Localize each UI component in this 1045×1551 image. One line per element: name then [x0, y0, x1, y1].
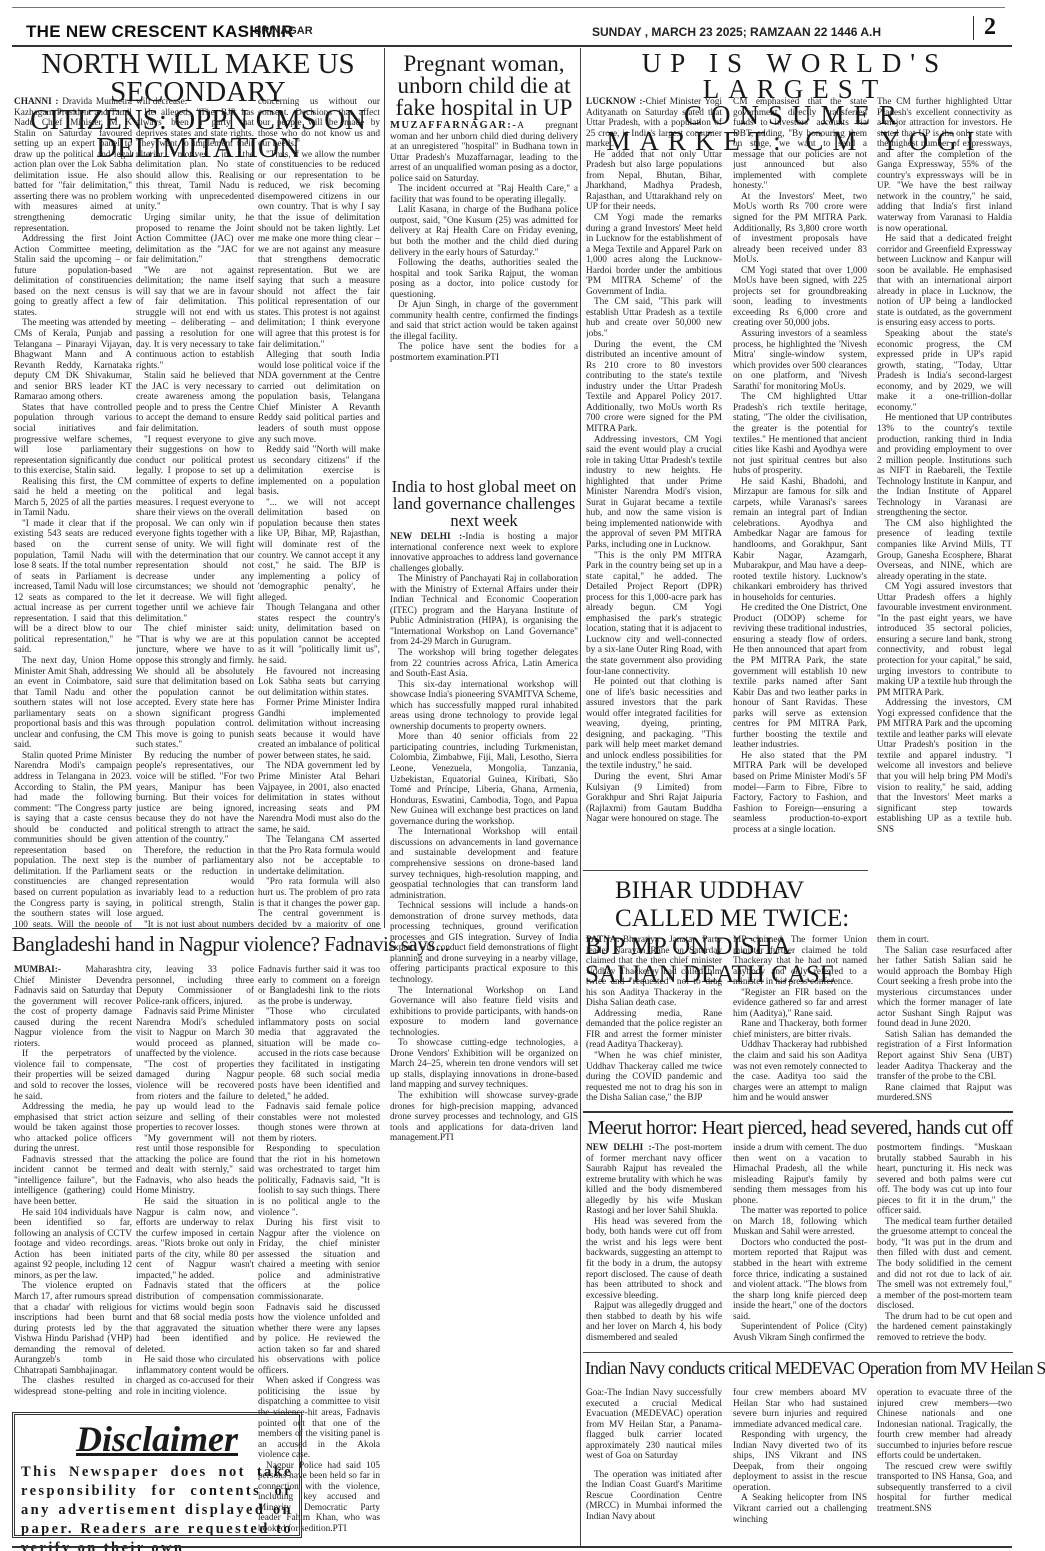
headline-pregnant-woman[interactable]: Pregnant woman, unborn child die at fake…	[388, 53, 580, 119]
paragraph: The clashes resulted in widespread stone…	[14, 1376, 132, 1397]
paragraph: His head was severed from the body, both…	[586, 1217, 722, 1301]
paragraph: Speaking about the state's economic prog…	[877, 329, 1012, 413]
paragraph: The medical team further detailed the gr…	[877, 1217, 1012, 1312]
paragraph: Former Prime Minister Indira Gandhi impl…	[258, 698, 380, 761]
paragraph: He credited the One District, One Produc…	[733, 603, 867, 751]
paragraph: The operation was initiated after the In…	[586, 1470, 722, 1523]
paragraph: Responding to speculation that the riot …	[258, 1144, 380, 1218]
paragraph: Rane and Thackeray, both former chief mi…	[733, 1019, 867, 1040]
paragraph: The International Workshop will entail d…	[390, 827, 578, 901]
paragraph: If the perpetrators of violence fail to …	[14, 1049, 132, 1102]
paragraph: "... we will not accept delimitation bas…	[258, 498, 380, 603]
article-column-2: inside a drum with cement. The duo then …	[733, 1143, 867, 1341]
article-column-1: NEW DELHI :-The post-mortem of former me…	[586, 1143, 722, 1341]
paragraph: Addressing the investors, CM Yogi expres…	[877, 698, 1012, 835]
paragraph: He said Kashi, Bhadohi, and Mirzapur are…	[733, 477, 867, 604]
paragraph: Addressing investors, CM Yogi said the e…	[586, 435, 722, 551]
headline-nagpur-violence[interactable]: Bangladeshi hand in Nagpur violence? Fad…	[12, 932, 384, 956]
paragraph: The chief minister said: "That is why we…	[136, 624, 254, 751]
paragraph: During the event, Shri Amar Kulsiyan (9 …	[586, 772, 722, 825]
paragraph: Stalin said he believed that the JAC is …	[136, 371, 254, 434]
column-divider	[580, 48, 581, 1546]
article-column-1: PATNA:-Bharatiya Janata Party leader Nar…	[586, 935, 722, 1110]
dateline: NEW DELHI :-	[390, 532, 465, 542]
dateline: NEW DELHI :-	[586, 1143, 655, 1153]
paragraph: CM emphasised that the state government …	[733, 97, 867, 192]
paragraph: Superintendent of Police (City) Ayush Vi…	[733, 1322, 867, 1341]
paragraph: Fadnavis further said it was too early t…	[258, 965, 380, 1007]
paragraph: He said that a dedicated freight corrido…	[877, 234, 1012, 329]
paragraph: Maharashtra Chief Minister Devendra Fadn…	[14, 965, 132, 1049]
dateline: MUZAFFARNAGAR:-	[390, 121, 517, 131]
article-column-2: city, leaving 33 police personnel, inclu…	[136, 965, 254, 1397]
paragraph: Lalit Kasana, in charge of the Budhana p…	[390, 205, 578, 258]
paragraph: "Those who circulated inflammatory posts…	[258, 1007, 380, 1102]
paragraph: CM Yogi assured investors that Uttar Pra…	[877, 582, 1012, 698]
masthead-rule	[12, 45, 1012, 47]
paragraph: The violence erupted on March 17, after …	[14, 1281, 132, 1376]
paragraph: "When he was chief minister, Uddhav Thac…	[586, 1051, 722, 1104]
paragraph: "It is not just about numbers – it is ab…	[136, 920, 254, 927]
paragraph: States that have controlled population t…	[14, 403, 132, 477]
paragraph: The matter was reported to police on Mar…	[733, 1206, 867, 1238]
paragraph: Fadnavis stated that the distribution of…	[136, 1281, 254, 1355]
paragraph: At the Investors' Meet, two MoUs worth R…	[733, 192, 867, 266]
article-column-3: them in court. The Salian case resurface…	[877, 935, 1012, 1110]
edition-city: SRINAGAR	[254, 25, 313, 37]
paragraph: Rajput was allegedly drugged and then st…	[586, 1301, 722, 1341]
paragraph: "My government will not rest until those…	[136, 1134, 254, 1197]
paragraph: The rescued crew were swiftly transporte…	[877, 1462, 1012, 1515]
paragraph: Fadnavis said he discussed how the viole…	[258, 1303, 380, 1377]
section-divider	[583, 870, 868, 871]
disclaimer-title: Disclaimer	[21, 1419, 293, 1459]
paragraph: He added that not only Uttar Pradesh but…	[586, 150, 722, 213]
paragraph: CM Yogi made the remarks during a grand …	[586, 213, 722, 297]
paragraph: "I request everyone to give their sugges…	[136, 435, 254, 625]
paragraph: inside a drum with cement. The duo then …	[733, 1143, 867, 1206]
paragraph: He mentioned that UP contributes 13% to …	[877, 413, 1012, 518]
article-column-3: The CM further highlighted Uttar Pradesh…	[877, 97, 1012, 897]
paragraph: Fadnavis said female police constables w…	[258, 1102, 380, 1144]
paragraph: "This is the only PM MITRA Park in the c…	[586, 551, 722, 678]
article-column-2: CM emphasised that the state government …	[733, 97, 867, 869]
paragraph: concerning us without our consent. Decis…	[258, 97, 380, 150]
paragraph: operation to evacuate three of the injur…	[877, 1388, 1012, 1462]
page-number-divider	[973, 16, 974, 40]
dateline: CHANNI :	[14, 97, 59, 107]
paragraph: During his first visit to Nagpur after t…	[258, 1218, 380, 1302]
paragraph: Fadnavis said Prime Minister Narendra Mo…	[136, 1007, 254, 1060]
paragraph: To showcase cutting-edge technologies, a…	[390, 1038, 578, 1091]
paragraph: The Ministry of Panchayati Raj in collab…	[390, 574, 578, 648]
paragraph: The International Workshop on Land Gover…	[390, 986, 578, 1039]
paragraph: Responding with urgency, the Indian Navy…	[733, 1430, 867, 1493]
article-body: MUZAFFARNAGAR:-A pregnant woman and her …	[390, 121, 578, 446]
article-column-1: LUCKNOW :-Chief Minister Yogi Adityanath…	[586, 97, 722, 869]
paragraph: He said those who circulated inflammator…	[136, 1355, 254, 1397]
paragraph: The incident occurred at "Raj Health Car…	[390, 184, 578, 205]
paragraph: By reducing the number of people's repre…	[136, 751, 254, 846]
disclaimer-box: Disclaimer This Newspaper does not take …	[12, 1412, 302, 1538]
paragraph: CM Yogi stated that over 1,000 MoUs have…	[733, 266, 867, 329]
paragraph: Bharatiya Janata Party leader Narayan Ra…	[586, 935, 722, 1008]
article-column-1: CHANNI : Dravida Munnetra Kazhagam Presi…	[14, 97, 132, 927]
column-divider	[384, 48, 385, 928]
paragraph: Dravida Munnetra Kazhagam President and …	[14, 97, 132, 234]
issue-date: SUNDAY , MARCH 23 2025; RAMZAAN 22 1446 …	[592, 25, 881, 39]
paragraph: Following the deaths, authorities sealed…	[390, 258, 578, 300]
paragraph: Fadnavis stressed that the incident cann…	[14, 1155, 132, 1208]
headline-line-1: UP IS WORLD'S LARGEST	[585, 50, 1005, 102]
paragraph: Therefore, the reduction in the number o…	[136, 846, 254, 920]
article-column-3: postmortem findings. "Muskaan brutally s…	[877, 1143, 1012, 1341]
paragraph: Addressing the first Joint Action Commit…	[14, 234, 132, 318]
paragraph: This six-day international workshop will…	[390, 680, 578, 733]
paragraph: The workshop will bring together delegat…	[390, 648, 578, 680]
bottom-rule	[12, 1546, 1012, 1548]
paragraph: The CM highlighted Uttar Pradesh's rich …	[733, 392, 867, 476]
headline-navy-medevac[interactable]: Indian Navy conducts critical MEDEVAC Op…	[585, 1357, 1015, 1379]
paragraph: The Salian case resurfaced after her fat…	[877, 946, 1012, 1030]
paragraph: A Seaking helicopter from INS Vikrant ca…	[733, 1493, 867, 1525]
paragraph: Satish Salian has demanded the registrat…	[877, 1030, 1012, 1083]
paragraph: "I made it clear that if the existing 54…	[14, 519, 132, 656]
paragraph: He said the situation in Nagpur is calm …	[136, 1197, 254, 1281]
paragraph: will decrease.	[136, 97, 254, 108]
paragraph: Assuring investors of a seamless process…	[733, 329, 867, 392]
article-column-3: operation to evacuate three of the injur…	[877, 1388, 1012, 1543]
paragraph: Though Telangana and other states respec…	[258, 603, 380, 666]
paragraph: Realising this first, the CM said he hel…	[14, 477, 132, 519]
paragraph: "Thus, if we allow the number of constit…	[258, 150, 380, 350]
section-divider	[12, 928, 381, 929]
article-column-1: MUMBAI:- Maharashtra Chief Minister Deve…	[14, 965, 132, 1397]
paragraph: The meeting was attended by CMs of Keral…	[14, 318, 132, 402]
paragraph: Uddhav Thackeray had rubbished the claim…	[733, 1040, 867, 1103]
paragraph: He alleged: "The BJP has always been a p…	[136, 108, 254, 213]
paragraph: four crew members aboard MV Heilan Star …	[733, 1388, 867, 1430]
paragraph: Alleging that south India would lose pol…	[258, 350, 380, 445]
paragraph: Rane claimed that Rajput was murdered.SN…	[877, 1083, 1012, 1104]
article-column-2: MP claimed. The former Union minister fu…	[733, 935, 867, 1110]
article-column-2: will decrease. He alleged: "The BJP has …	[136, 97, 254, 927]
paragraph: He also stated that the PM MITRA Park wi…	[733, 751, 867, 835]
dateline: LUCKNOW :-	[586, 97, 646, 107]
paragraph: The CM also highlighted the presence of …	[877, 519, 1012, 582]
dateline: Goa:-	[586, 1388, 607, 1398]
paragraph: city, leaving 33 police personnel, inclu…	[136, 965, 254, 1007]
paragraph: The police have sent the bodies for a po…	[390, 342, 578, 363]
paragraph: He pointed out that clothing is one of l…	[586, 677, 722, 772]
paragraph: "The cost of properties damaged during N…	[136, 1060, 254, 1134]
paragraph: postmortem findings. "Muskaan brutally s…	[877, 1143, 1012, 1217]
section-divider	[583, 1352, 1013, 1353]
paragraph: Addressing the media, he emphasised that…	[14, 1102, 132, 1155]
masthead: THE NEW CRESCENT KASHMIR SRINAGAR SUNDAY…	[12, 12, 1007, 46]
article-body: NEW DELHI :-India is hosting a major int…	[390, 532, 578, 1545]
paragraph: them in court.	[877, 935, 1012, 946]
top-rule	[12, 7, 1005, 8]
paragraph: Doctors who conducted the post-mortem re…	[733, 1238, 867, 1322]
paragraph: The Indian Navy successfully executed a …	[586, 1388, 722, 1461]
dateline: PATNA:-	[586, 935, 623, 945]
paragraph: "We are not against delimitation; the na…	[136, 266, 254, 371]
headline-line-1: BIHAR UDDHAV CALLED ME TWICE:	[585, 877, 875, 933]
paragraph: The Telangana CM asserted that the Pro R…	[258, 835, 380, 877]
section-divider	[583, 1111, 1013, 1113]
page-number: 2	[984, 14, 996, 41]
paragraph: The CM further highlighted Uttar Pradesh…	[877, 97, 1012, 234]
paragraph: "Register an FIR based on the evidence g…	[733, 988, 867, 1020]
article-column-1: Goa:-The Indian Navy successfully execut…	[586, 1388, 722, 1543]
headline-land-governance[interactable]: India to host global meet on land govern…	[388, 478, 580, 529]
paragraph: Dr Ajun Singh, in charge of the governme…	[390, 300, 578, 342]
paragraph: The CM said, "This park will establish U…	[586, 297, 722, 339]
paragraph: Stalin quoted Prime Minister Narendra Mo…	[14, 751, 132, 927]
headline-meerut-horror[interactable]: Meerut horror: Heart pierced, head sever…	[585, 1117, 1015, 1139]
paragraph: During the event, the CM distributed an …	[586, 340, 722, 435]
disclaimer-text: This Newspaper does not take responsibil…	[21, 1463, 293, 1551]
paragraph: The exhibition will showcase survey-grad…	[390, 1091, 578, 1144]
paragraph: Addressing media, Rane demanded that the…	[586, 1009, 722, 1051]
article-column-3: concerning us without our consent. Decis…	[258, 97, 380, 927]
paragraph: Urging similar unity, he proposed to ren…	[136, 213, 254, 266]
paragraph: The NDA government led by Prime Minister…	[258, 761, 380, 835]
article-column-2: four crew members aboard MV Heilan Star …	[733, 1388, 867, 1543]
paragraph: He said 104 individuals have been identi…	[14, 1208, 132, 1282]
dateline: MUMBAI:-	[14, 965, 61, 975]
paragraph: He favoured not increasing Lok Sabha sea…	[258, 667, 380, 699]
paragraph: MP claimed. The former Union minister fu…	[733, 935, 867, 988]
paragraph: "Pro rata formula will also hurt us. The…	[258, 877, 380, 927]
paragraph: The drum had to be cut open and the hard…	[877, 1312, 1012, 1341]
paragraph: Reddy said "North will make us secondary…	[258, 445, 380, 498]
paragraph: The next day, Union Home Minister Amit S…	[14, 656, 132, 751]
paragraph: The post-mortem of former merchant navy …	[586, 1143, 722, 1216]
paragraph: More than 40 senior officials from 22 pa…	[390, 732, 578, 827]
